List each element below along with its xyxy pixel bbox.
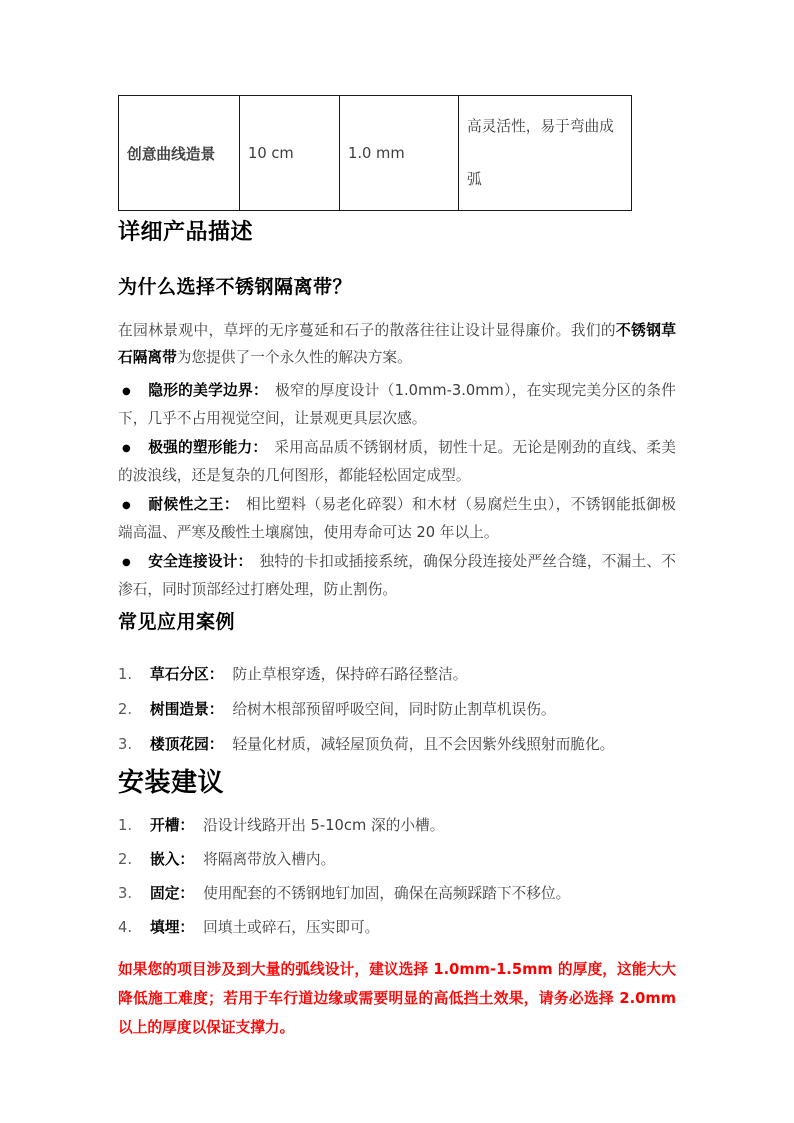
case-label: 楼顶花园： xyxy=(150,736,223,753)
list-item: 3.固定：使用配套的不锈钢地钉加固，确保在高频踩踏下不移位。 xyxy=(118,880,676,907)
cell-width: 10 cm xyxy=(240,96,340,211)
feature-label: 耐候性之王： xyxy=(148,496,239,513)
feature-item: ●隐形的美学边界：极窄的厚度设计（1.0mm-3.0mm），在实现完美分区的条件… xyxy=(118,377,676,432)
cell-product-name: 创意曲线造景 xyxy=(119,96,240,211)
bullet-icon: ● xyxy=(118,378,148,405)
feature-item: ●安全连接设计：独特的卡扣或插接系统，确保分段连接处严丝合缝，不漏土、不渗石，同… xyxy=(118,548,676,603)
list-number: 3. xyxy=(118,880,150,907)
document-page: 创意曲线造景 10 cm 1.0 mm 高灵活性，易于弯曲成弧 详细产品描述 为… xyxy=(0,0,794,1123)
step-label: 填埋： xyxy=(150,919,194,936)
step-text: 将隔离带放入槽内。 xyxy=(203,851,335,868)
section-title-detail: 详细产品描述 xyxy=(118,218,676,248)
step-text: 回填土或碎石，压实即可。 xyxy=(203,919,379,936)
list-number: 1. xyxy=(118,812,150,839)
cell-thickness: 1.0 mm xyxy=(340,96,459,211)
spec-table: 创意曲线造景 10 cm 1.0 mm 高灵活性，易于弯曲成弧 xyxy=(118,95,632,211)
list-item: 1.开槽：沿设计线路开出 5-10cm 深的小槽。 xyxy=(118,812,676,839)
case-label: 草石分区： xyxy=(150,666,223,683)
list-item: 3.楼顶花园：轻量化材质，减轻屋顶负荷，且不会因紫外线照射而脆化。 xyxy=(118,731,676,758)
section-title-why: 为什么选择不锈钢隔离带？ xyxy=(118,274,676,300)
step-label: 嵌入： xyxy=(150,851,194,868)
list-number: 2. xyxy=(118,846,150,873)
intro-text-before: 在园林景观中，草坪的无序蔓延和石子的散落往往让设计显得廉价。我们的 xyxy=(118,322,616,339)
step-text: 沿设计线路开出 5-10cm 深的小槽。 xyxy=(203,817,444,834)
bullet-icon: ● xyxy=(118,549,148,576)
cell-feature: 高灵活性，易于弯曲成弧 xyxy=(459,96,632,211)
intro-text-after: 为您提供了一个永久性的解决方案。 xyxy=(177,349,412,366)
list-number: 2. xyxy=(118,696,150,723)
feature-label: 隐形的美学边界： xyxy=(148,382,268,399)
warning-paragraph: 如果您的项目涉及到大量的弧线设计，建议选择 1.0mm-1.5mm 的厚度，这能… xyxy=(118,955,676,1042)
feature-label: 安全连接设计： xyxy=(148,553,252,570)
feature-item: ●极强的塑形能力：采用高品质不锈钢材质，韧性十足。无论是刚劲的直线、柔美的波浪线… xyxy=(118,434,676,489)
step-text: 使用配套的不锈钢地钉加固，确保在高频踩踏下不移位。 xyxy=(203,885,570,902)
list-number: 3. xyxy=(118,731,150,758)
cases-list: 1.草石分区：防止草根穿透，保持碎石路径整洁。 2.树围造景：给树木根部预留呼吸… xyxy=(118,661,676,758)
bullet-icon: ● xyxy=(118,435,148,462)
feature-label: 极强的塑形能力： xyxy=(148,439,267,456)
case-text: 给树木根部预留呼吸空间，同时防止割草机误伤。 xyxy=(232,701,555,718)
list-item: 2.嵌入：将隔离带放入槽内。 xyxy=(118,846,676,873)
section-title-install: 安装建议 xyxy=(118,766,676,800)
bullet-icon: ● xyxy=(118,492,148,519)
steps-list: 1.开槽：沿设计线路开出 5-10cm 深的小槽。 2.嵌入：将隔离带放入槽内。… xyxy=(118,812,676,941)
case-text: 轻量化材质，减轻屋顶负荷，且不会因紫外线照射而脆化。 xyxy=(232,736,614,753)
feature-item: ●耐候性之王：相比塑料（易老化碎裂）和木材（易腐烂生虫），不锈钢能抵御极端高温、… xyxy=(118,491,676,546)
step-label: 固定： xyxy=(150,885,194,902)
step-label: 开槽： xyxy=(150,817,194,834)
list-item: 4.填埋：回填土或碎石，压实即可。 xyxy=(118,914,676,941)
list-number: 4. xyxy=(118,914,150,941)
list-item: 1.草石分区：防止草根穿透，保持碎石路径整洁。 xyxy=(118,661,676,688)
case-text: 防止草根穿透，保持碎石路径整洁。 xyxy=(232,666,467,683)
intro-paragraph: 在园林景观中，草坪的无序蔓延和石子的散落往往让设计显得廉价。我们的不锈钢草石隔离… xyxy=(118,317,676,371)
list-number: 1. xyxy=(118,661,150,688)
list-item: 2.树围造景：给树木根部预留呼吸空间，同时防止割草机误伤。 xyxy=(118,696,676,723)
case-label: 树围造景： xyxy=(150,701,223,718)
section-title-cases: 常见应用案例 xyxy=(118,609,676,635)
table-row: 创意曲线造景 10 cm 1.0 mm 高灵活性，易于弯曲成弧 xyxy=(119,96,632,211)
feature-list: ●隐形的美学边界：极窄的厚度设计（1.0mm-3.0mm），在实现完美分区的条件… xyxy=(118,377,676,603)
